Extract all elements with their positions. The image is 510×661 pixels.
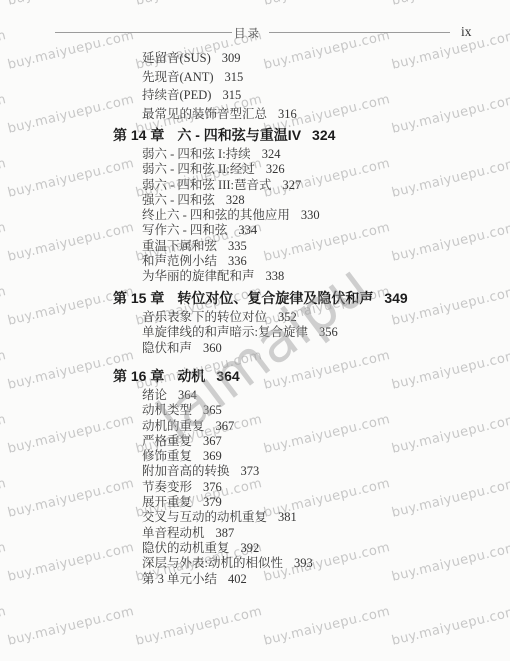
toc-entry: 动机类型365 <box>142 403 313 418</box>
entry-label: 严格重复 <box>142 434 192 448</box>
entry-page-number: 392 <box>241 541 260 555</box>
toc-entry: 展开重复379 <box>142 495 313 510</box>
entry-label: 重温下属和弦 <box>142 239 217 253</box>
toc-entry: 重温下属和弦335 <box>142 239 335 254</box>
entry-label: 音乐表象下的转位对位 <box>142 310 267 324</box>
entry-label: 弱六 - 四和弦 III:琶音式 <box>142 178 272 192</box>
toc-entry: 为华丽的旋律配和声338 <box>142 269 335 284</box>
chapter-number: 第 15 章 <box>113 290 164 306</box>
toc-entry: 修饰重复369 <box>142 449 313 464</box>
toc-entry: 先现音(ANT)315 <box>142 68 297 87</box>
toc-entry: 隐伏和声360 <box>142 341 408 356</box>
entry-label: 最常见的装饰音型汇总 <box>142 107 267 121</box>
entry-label: 弱六 - 四和弦 II:经过 <box>142 162 255 176</box>
entry-label: 深层与外表:动机的相似性 <box>142 556 283 570</box>
toc-entry: 单旋律线的和声暗示:复合旋律356 <box>142 325 408 340</box>
toc-entry: 交叉与互动的动机重复381 <box>142 510 313 525</box>
entry-label: 为华丽的旋律配和声 <box>142 269 255 283</box>
entry-label: 修饰重复 <box>142 449 192 463</box>
chapter-page-number: 364 <box>216 368 239 384</box>
chapter-heading: 第 16 章动机364 <box>113 368 313 385</box>
entry-label: 隐伏的动机重复 <box>142 541 230 555</box>
toc-entry: 弱六 - 四和弦 II:经过326 <box>142 162 335 177</box>
entry-list: 音乐表象下的转位对位352单旋律线的和声暗示:复合旋律356隐伏和声360 <box>142 310 408 356</box>
entry-page-number: 326 <box>266 162 285 176</box>
entry-page-number: 338 <box>266 269 285 283</box>
entry-page-number: 352 <box>278 310 297 324</box>
chapter-number: 第 16 章 <box>113 368 164 384</box>
toc-entry: 弱六 - 四和弦 I:持续324 <box>142 147 335 162</box>
entry-page-number: 315 <box>222 88 241 102</box>
entry-list: 绪论364动机类型365动机的重复367严格重复367修饰重复369附加音高的转… <box>142 388 313 587</box>
entry-page-number: 379 <box>203 495 222 509</box>
toc-entry: 动机的重复367 <box>142 419 313 434</box>
entry-label: 动机类型 <box>142 403 192 417</box>
entry-label: 动机的重复 <box>142 419 205 433</box>
entry-label: 展开重复 <box>142 495 192 509</box>
entry-list: 延留音(SUS)309先现音(ANT)315持续音(PED)315最常见的装饰音… <box>142 49 297 123</box>
entry-label: 附加音高的转换 <box>142 464 230 478</box>
toc-entry: 严格重复367 <box>142 434 313 449</box>
entry-label: 交叉与互动的动机重复 <box>142 510 267 524</box>
entry-page-number: 316 <box>278 107 297 121</box>
entry-page-number: 328 <box>226 193 245 207</box>
entry-page-number: 336 <box>228 254 247 268</box>
entry-page-number: 376 <box>203 480 222 494</box>
entry-label: 弱六 - 四和弦 I:持续 <box>142 147 251 161</box>
chapter-title: 动机 <box>177 368 205 384</box>
toc-entry: 和声范例小结336 <box>142 254 335 269</box>
toc-entry: 延留音(SUS)309 <box>142 49 297 68</box>
entry-page-number: 330 <box>301 208 320 222</box>
toc-entry: 隐伏的动机重复392 <box>142 541 313 556</box>
entry-label: 先现音(ANT) <box>142 70 214 84</box>
entry-page-number: 402 <box>228 572 247 586</box>
entry-page-number: 364 <box>178 388 197 402</box>
entry-page-number: 367 <box>203 434 222 448</box>
toc-entry: 附加音高的转换373 <box>142 464 313 479</box>
toc-section: 第 16 章动机364绪论364动机类型365动机的重复367严格重复367修饰… <box>113 368 313 587</box>
toc-entry: 深层与外表:动机的相似性393 <box>142 556 313 571</box>
toc-section: 第 15 章转位对位、复合旋律及隐伏和声349音乐表象下的转位对位352单旋律线… <box>113 290 408 356</box>
toc-entry: 持续音(PED)315 <box>142 86 297 105</box>
toc-entry: 弱六 - 四和弦 III:琶音式327 <box>142 178 335 193</box>
entry-page-number: 324 <box>262 147 281 161</box>
entry-label: 第 3 单元小结 <box>142 572 217 586</box>
toc-section: 延留音(SUS)309先现音(ANT)315持续音(PED)315最常见的装饰音… <box>142 49 297 123</box>
entry-label: 终止六 - 四和弦的其他应用 <box>142 208 290 222</box>
entry-label: 单旋律线的和声暗示:复合旋律 <box>142 325 308 339</box>
entry-page-number: 315 <box>225 70 244 84</box>
entry-page-number: 335 <box>228 239 247 253</box>
entry-label: 延留音(SUS) <box>142 51 211 65</box>
toc-section: 第 14 章六 - 四和弦与重温IV324弱六 - 四和弦 I:持续324弱六 … <box>113 127 335 285</box>
entry-label: 节奏变形 <box>142 480 192 494</box>
entry-page-number: 367 <box>216 419 235 433</box>
entry-page-number: 369 <box>203 449 222 463</box>
entry-label: 绪论 <box>142 388 167 402</box>
entry-page-number: 393 <box>294 556 313 570</box>
toc-entry: 终止六 - 四和弦的其他应用330 <box>142 208 335 223</box>
toc-entry: 写作六 - 四和弦334 <box>142 223 335 238</box>
entry-page-number: 373 <box>241 464 260 478</box>
toc-entry: 节奏变形376 <box>142 480 313 495</box>
toc-entry: 绪论364 <box>142 388 313 403</box>
toc-body: 延留音(SUS)309先现音(ANT)315持续音(PED)315最常见的装饰音… <box>0 0 510 661</box>
entry-page-number: 356 <box>319 325 338 339</box>
entry-label: 隐伏和声 <box>142 341 192 355</box>
entry-label: 写作六 - 四和弦 <box>142 223 227 237</box>
toc-entry: 音乐表象下的转位对位352 <box>142 310 408 325</box>
entry-page-number: 334 <box>238 223 257 237</box>
toc-entry: 第 3 单元小结402 <box>142 572 313 587</box>
entry-label: 和声范例小结 <box>142 254 217 268</box>
chapter-page-number: 349 <box>384 290 407 306</box>
entry-page-number: 309 <box>222 51 241 65</box>
entry-page-number: 327 <box>283 178 302 192</box>
chapter-heading: 第 15 章转位对位、复合旋律及隐伏和声349 <box>113 290 408 307</box>
entry-page-number: 387 <box>216 526 235 540</box>
entry-page-number: 381 <box>278 510 297 524</box>
chapter-number: 第 14 章 <box>113 127 164 143</box>
chapter-page-number: 324 <box>312 127 335 143</box>
entry-page-number: 360 <box>203 341 222 355</box>
entry-label: 强六 - 四和弦 <box>142 193 215 207</box>
chapter-title: 转位对位、复合旋律及隐伏和声 <box>177 290 373 306</box>
toc-entry: 强六 - 四和弦328 <box>142 193 335 208</box>
chapter-heading: 第 14 章六 - 四和弦与重温IV324 <box>113 127 335 144</box>
entry-page-number: 365 <box>203 403 222 417</box>
entry-label: 持续音(PED) <box>142 88 211 102</box>
entry-label: 单音程动机 <box>142 526 205 540</box>
toc-entry: 单音程动机387 <box>142 526 313 541</box>
entry-list: 弱六 - 四和弦 I:持续324弱六 - 四和弦 II:经过326弱六 - 四和… <box>142 147 335 285</box>
toc-entry: 最常见的装饰音型汇总316 <box>142 105 297 124</box>
chapter-title: 六 - 四和弦与重温IV <box>177 127 301 143</box>
